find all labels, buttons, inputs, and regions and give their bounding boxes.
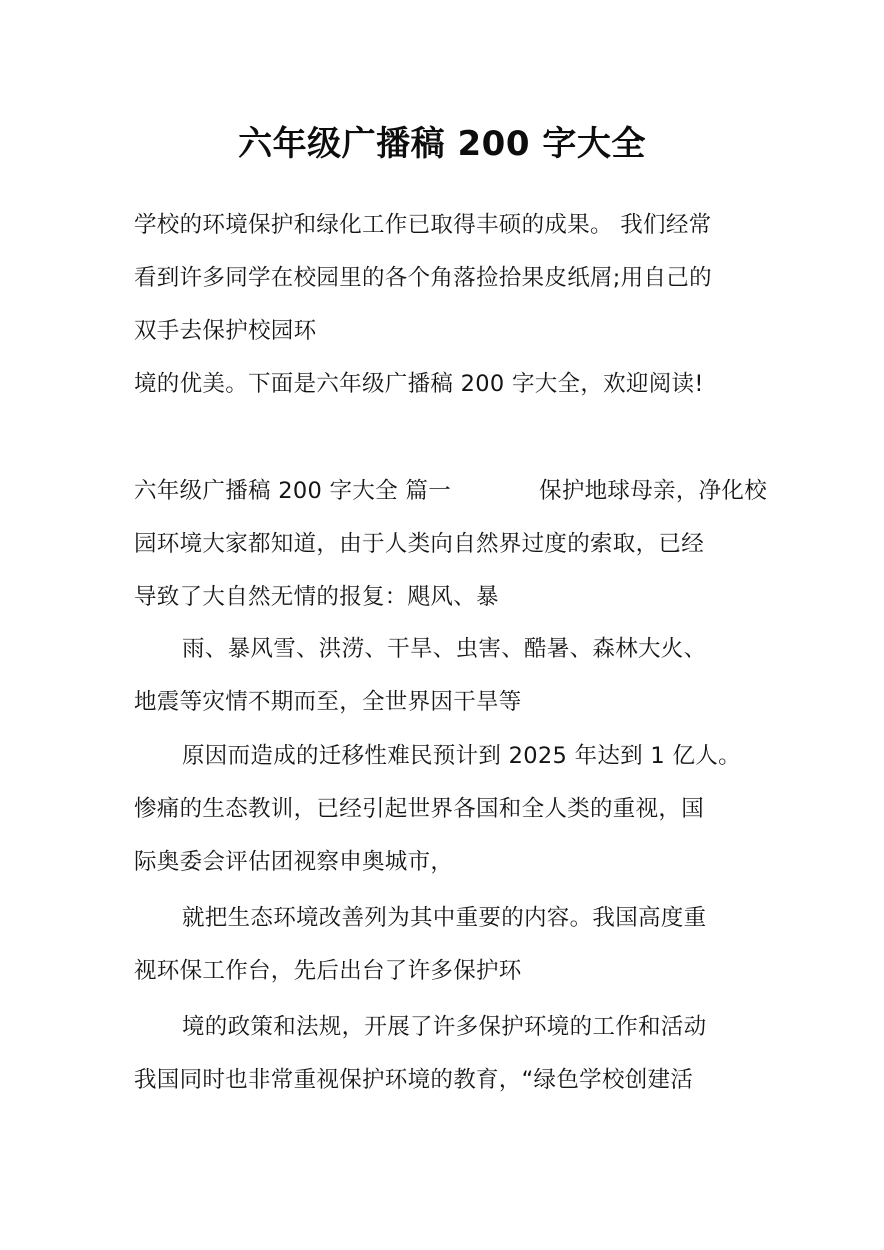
- body-line: 视环保工作台，先后出台了许多保护环: [134, 956, 522, 986]
- section-heading: 六年级广播稿 200 字大全 篇一: [134, 478, 451, 504]
- body-line: 惨痛的生态教训，已经引起世界各国和全人类的重视，国: [134, 794, 704, 824]
- document-page: 六年级广播稿 200 字大全 学校的环境保护和绿化工作已取得丰硕的成果。 我们经…: [0, 0, 884, 1250]
- body-line: 际奥委会评估团视察申奥城市，: [134, 847, 453, 877]
- body-line: 园环境大家都知道，由于人类向自然界过度的索取，已经: [134, 529, 704, 559]
- document-title: 六年级广播稿 200 字大全: [0, 122, 884, 166]
- intro-line-3: 双手去保护校园环: [134, 316, 316, 346]
- body-line: 我国同时也非常重视保护环境的教育，“绿色学校创建活: [134, 1065, 693, 1095]
- intro-line-2: 看到许多同学在校园里的各个角落捡拾果皮纸屑;用自己的: [134, 263, 712, 293]
- intro-line-1: 学校的环境保护和绿化工作已取得丰硕的成果。 我们经常: [134, 210, 711, 240]
- body-line: 就把生态环境改善列为其中重要的内容。我国高度重: [182, 903, 706, 933]
- body-line: 地震等灾情不期而至，全世界因干旱等: [134, 687, 522, 717]
- section-first-line: 六年级广播稿 200 字大全 篇一保护地球母亲，净化校: [134, 476, 767, 506]
- body-line: 雨、暴风雪、洪涝、干旱、虫害、酷暑、森林大火、: [182, 634, 706, 664]
- body-line: 境的政策和法规，开展了许多保护环境的工作和活动: [182, 1012, 706, 1042]
- body-line: 原因而造成的迁移性难民预计到 2025 年达到 1 亿人。: [182, 741, 741, 771]
- section-first-line-text: 保护地球母亲，净化校: [539, 478, 767, 504]
- body-line: 导致了大自然无情的报复：飓风、暴: [134, 582, 499, 612]
- intro-line-4: 境的优美。下面是六年级广播稿 200 字大全，欢迎阅读!: [134, 369, 704, 399]
